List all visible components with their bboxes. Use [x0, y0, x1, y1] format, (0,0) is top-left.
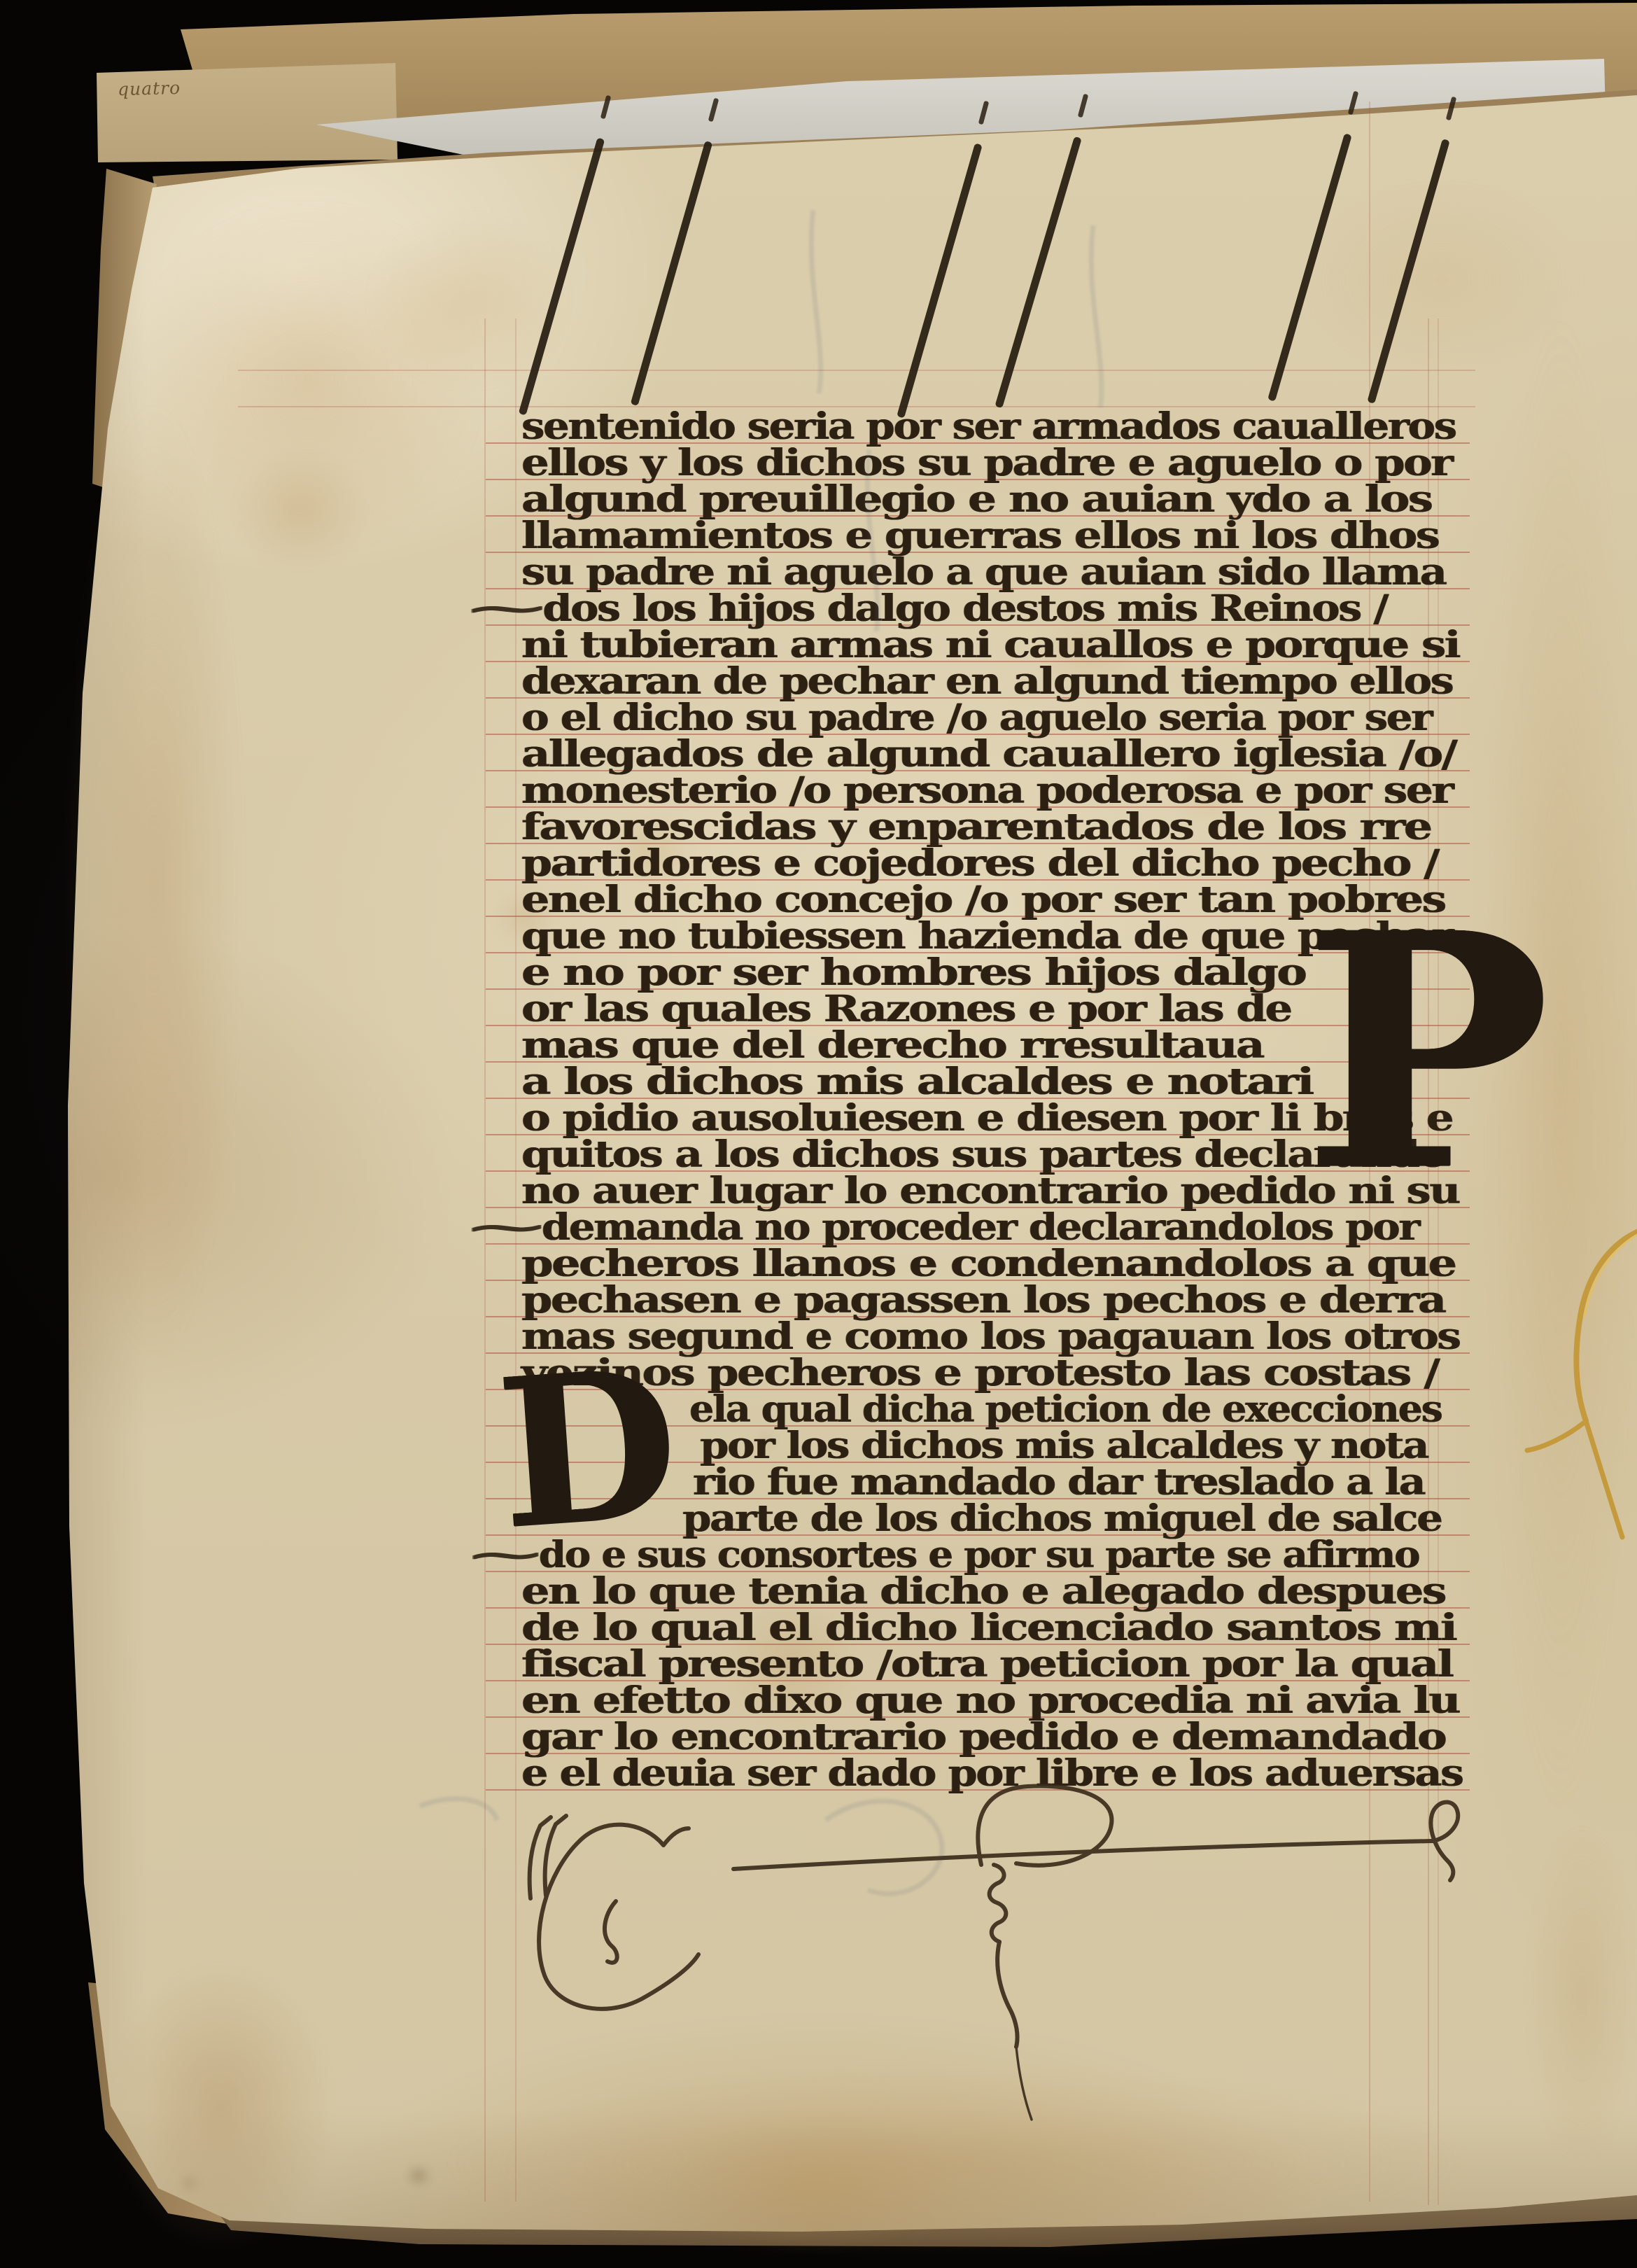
manuscript-line: partidores e cojedores del dicho pecho / [521, 846, 1281, 883]
manuscript-line: por los dichos mis alcaldes y nota [700, 1429, 1340, 1465]
large-initial-p: P [1303, 891, 1550, 1214]
manuscript-line: a los dichos mis alcaldes e notari [521, 1065, 1151, 1101]
manuscript-line: e el deuia ser dado por libre e los adue… [521, 1756, 1337, 1793]
manuscript-line: algund preuillegio e no auian ydo a los [521, 482, 1260, 519]
manuscript-line: quitos a los dichos sus partes declarand… [521, 1137, 1305, 1174]
manuscript-line: enel dicho concejo /o por ser tan pobres [521, 883, 1283, 919]
manuscript-line: gar lo encontrario pedido e demandado [521, 1720, 1275, 1756]
manuscript-line: pechasen e pagassen los pechos e derra [521, 1283, 1281, 1319]
line-lead-mark: ~ [461, 1210, 547, 1245]
manuscript-line: o el dicho su padre /o aguelo seria por … [521, 701, 1319, 737]
manuscript-line: de lo qual el dicho licenciado santos mi [521, 1611, 1272, 1647]
manuscript-line: llamamientos e guerras ellos ni los dhos [521, 519, 1290, 555]
manuscript-line: en lo que tenia dicho e alegado despues [521, 1574, 1281, 1611]
line-lead-mark: ~ [461, 591, 548, 626]
manuscript-line: allegados de algund cauallero iglesia /o… [521, 737, 1286, 773]
manuscript-line: ~demanda no proceder declarandolos por [488, 1210, 1307, 1247]
manuscript-line: no auer lugar lo encontrario pedido ni s… [521, 1174, 1307, 1210]
manuscript-line: en efetto dixo que no procedia ni avia l… [521, 1683, 1286, 1720]
large-initial-d: D [493, 1341, 684, 1557]
manuscript-line: favorescidas y enparentados de los rre [521, 810, 1253, 846]
manuscript-line: ellos y los dichos su padre e aguelo o p… [521, 446, 1302, 482]
manuscript-line: monesterio /o persona poderosa e por ser [521, 773, 1312, 810]
manuscript-line: o pidio ausoluiesen e diesen por li bres… [521, 1101, 1297, 1137]
manuscript-line: sentenido seria por ser armados caualler… [521, 409, 1344, 446]
manuscript-line: or las quales Razones e por las de [521, 992, 1165, 1028]
manuscript-photograph: quatro sentenido seria por ser armados c… [0, 0, 1637, 2268]
manuscript-line: fiscal presento /otra peticion por la qu… [521, 1647, 1286, 1683]
manuscript-line: parte de los dichos miguel de salce [682, 1501, 1351, 1538]
manuscript-line: pecheros llanos e condenandolos a que [521, 1247, 1268, 1283]
manuscript-line: ni tubieran armas ni cauallos e porque s… [521, 628, 1303, 664]
manuscript-line: mas que del derecho rresultaua [521, 1028, 1127, 1065]
manuscript-line: ela qual dicha peticion de execciones [689, 1392, 1398, 1429]
manuscript-line: e no por ser hombres hijos dalgo [521, 955, 1146, 992]
manuscript-line: que no tubiessen hazienda de que pechar [521, 919, 1312, 955]
manuscript-line: su padre ni aguelo a que auian sido llam… [521, 555, 1316, 591]
manuscript-line: rio fue mandado dar treslado a la [693, 1465, 1328, 1501]
manuscript-line: dexaran de pechar en algund tiempo ellos [521, 664, 1321, 701]
manuscript-line: ~dos los hijos dalgo destos mis Reinos / [488, 591, 1264, 628]
